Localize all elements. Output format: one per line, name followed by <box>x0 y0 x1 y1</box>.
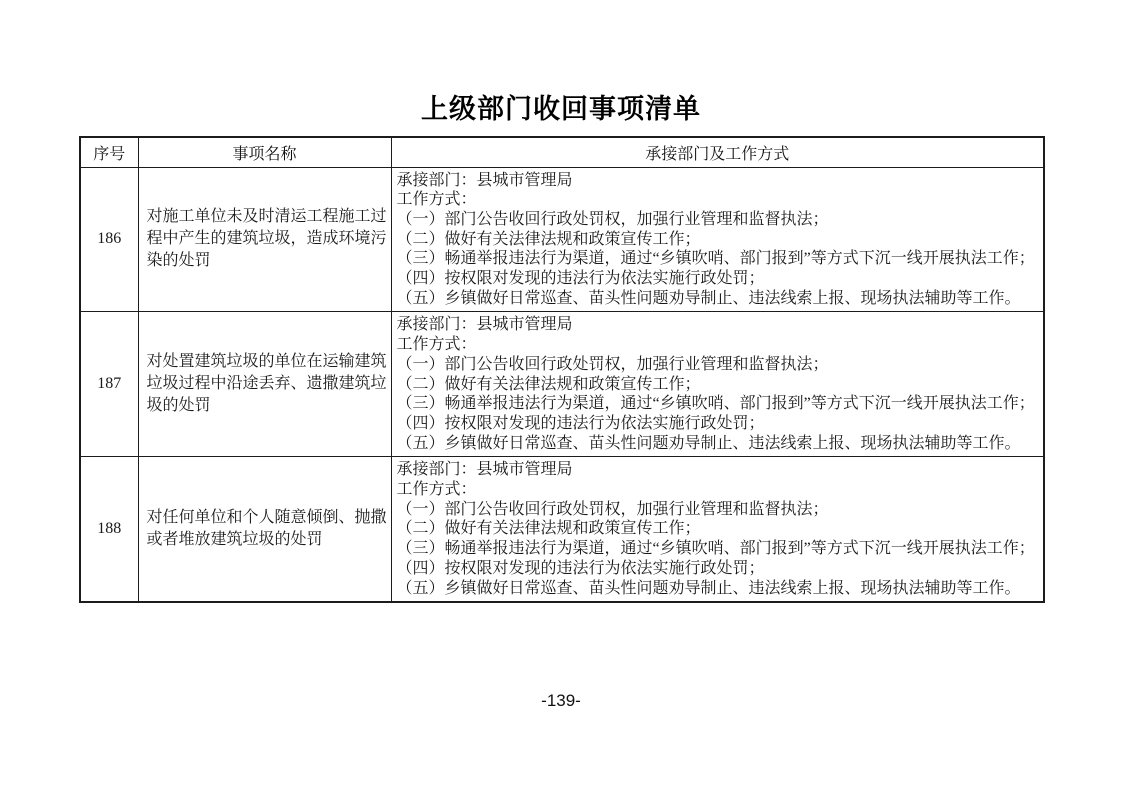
detail-line: （三）畅通举报违法行为渠道，通过“乡镇吹哨、部门报到”等方式下沉一线开展执法工作… <box>397 249 1040 269</box>
row-item-name: 对施工单位未及时清运工程施工过程中产生的建筑垃圾，造成环境污染的处罚 <box>138 167 391 312</box>
detail-line: （二）做好有关法律法规和政策宣传工作； <box>397 519 1040 539</box>
detail-line: （二）做好有关法律法规和政策宣传工作； <box>397 375 1040 395</box>
detail-line: （二）做好有关法律法规和政策宣传工作； <box>397 230 1040 250</box>
page-title: 上级部门收回事项清单 <box>0 92 1122 126</box>
header-cell-item-name: 事项名称 <box>138 137 391 167</box>
detail-line: 承接部门：县城市管理局 <box>397 315 1040 335</box>
table-header-row: 序号 事项名称 承接部门及工作方式 <box>80 137 1044 167</box>
row-department-and-method: 承接部门：县城市管理局工作方式：（一）部门公告收回行政处罚权，加强行业管理和监督… <box>391 312 1044 457</box>
detail-line: 工作方式： <box>397 480 1040 500</box>
row-serial-number: 188 <box>80 457 138 602</box>
header-cell-department-and-method: 承接部门及工作方式 <box>391 137 1044 167</box>
table-row: 187 对处置建筑垃圾的单位在运输建筑垃圾过程中沿途丢弃、遗撒建筑垃圾的处罚 承… <box>80 312 1044 457</box>
detail-line: （四）按权限对发现的违法行为依法实施行政处罚； <box>397 269 1040 289</box>
detail-line: （五）乡镇做好日常巡查、苗头性问题劝导制止、违法线索上报、现场执法辅助等工作。 <box>397 434 1040 454</box>
detail-line: （四）按权限对发现的违法行为依法实施行政处罚； <box>397 414 1040 434</box>
table-body: 186 对施工单位未及时清运工程施工过程中产生的建筑垃圾，造成环境污染的处罚 承… <box>80 167 1044 602</box>
row-department-and-method: 承接部门：县城市管理局工作方式：（一）部门公告收回行政处罚权，加强行业管理和监督… <box>391 167 1044 312</box>
detail-line: 工作方式： <box>397 335 1040 355</box>
table-row: 186 对施工单位未及时清运工程施工过程中产生的建筑垃圾，造成环境污染的处罚 承… <box>80 167 1044 312</box>
detail-line: （一）部门公告收回行政处罚权，加强行业管理和监督执法； <box>397 210 1040 230</box>
row-item-name: 对任何单位和个人随意倾倒、抛撒或者堆放建筑垃圾的处罚 <box>138 457 391 602</box>
detail-line: 承接部门：县城市管理局 <box>397 460 1040 480</box>
detail-line: （一）部门公告收回行政处罚权，加强行业管理和监督执法； <box>397 500 1040 520</box>
detail-line: （一）部门公告收回行政处罚权，加强行业管理和监督执法； <box>397 355 1040 375</box>
detail-line: 工作方式： <box>397 190 1040 210</box>
detail-line: （四）按权限对发现的违法行为依法实施行政处罚； <box>397 559 1040 579</box>
page-number: -139- <box>0 691 1122 711</box>
detail-line: （三）畅通举报违法行为渠道，通过“乡镇吹哨、部门报到”等方式下沉一线开展执法工作… <box>397 539 1040 559</box>
detail-line: （五）乡镇做好日常巡查、苗头性问题劝导制止、违法线索上报、现场执法辅助等工作。 <box>397 289 1040 309</box>
document-page: 上级部门收回事项清单 序号 事项名称 承接部门及工作方式 186 对施工单位未及… <box>0 0 1122 793</box>
table-row: 188 对任何单位和个人随意倾倒、抛撒或者堆放建筑垃圾的处罚 承接部门：县城市管… <box>80 457 1044 602</box>
detail-line: （三）畅通举报违法行为渠道，通过“乡镇吹哨、部门报到”等方式下沉一线开展执法工作… <box>397 394 1040 414</box>
detail-line: 承接部门：县城市管理局 <box>397 171 1040 191</box>
row-department-and-method: 承接部门：县城市管理局工作方式：（一）部门公告收回行政处罚权，加强行业管理和监督… <box>391 457 1044 602</box>
row-serial-number: 187 <box>80 312 138 457</box>
row-serial-number: 186 <box>80 167 138 312</box>
header-cell-serial-number: 序号 <box>80 137 138 167</box>
row-item-name: 对处置建筑垃圾的单位在运输建筑垃圾过程中沿途丢弃、遗撒建筑垃圾的处罚 <box>138 312 391 457</box>
detail-line: （五）乡镇做好日常巡查、苗头性问题劝导制止、违法线索上报、现场执法辅助等工作。 <box>397 579 1040 599</box>
table-head: 序号 事项名称 承接部门及工作方式 <box>80 137 1044 167</box>
items-table: 序号 事项名称 承接部门及工作方式 186 对施工单位未及时清运工程施工过程中产… <box>79 136 1045 603</box>
